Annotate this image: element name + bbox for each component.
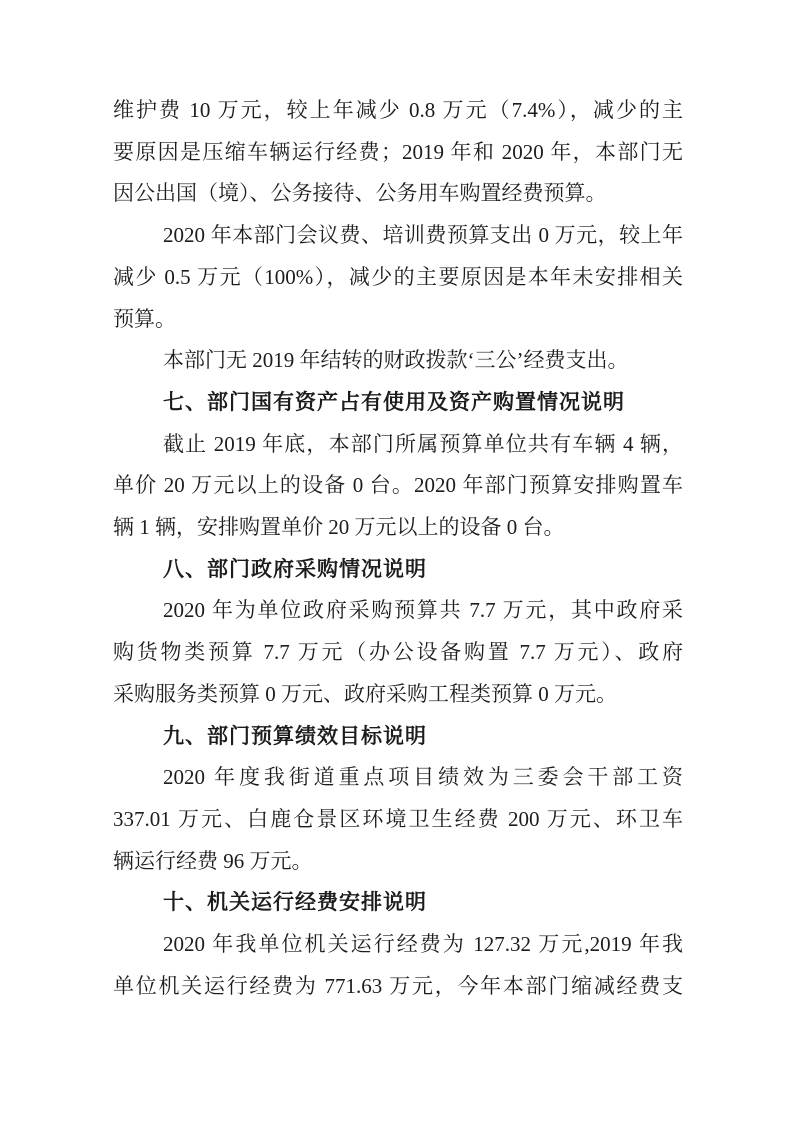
section-heading-7: 七、部门国有资产占有使用及资产购置情况说明: [113, 382, 683, 424]
text-line: 单价 20 万元以上的设备 0 台。2020 年部门预算安排购置车: [113, 465, 683, 507]
text-line: 单位机关运行经费为 771.63 万元，今年本部门缩减经费支: [113, 966, 683, 1008]
text-line: 预算。: [113, 299, 683, 341]
text-line: 辆 1 辆，安排购置单价 20 万元以上的设备 0 台。: [113, 507, 683, 549]
text-line: 要原因是压缩车辆运行经费；2019 年和 2020 年，本部门无: [113, 132, 683, 174]
section-heading-8: 八、部门政府采购情况说明: [113, 549, 683, 591]
text-line: 2020 年本部门会议费、培训费预算支出 0 万元，较上年: [113, 215, 683, 257]
text-line: 2020 年度我街道重点项目绩效为三委会干部工资: [113, 757, 683, 799]
text-line: 采购服务类预算 0 万元、政府采购工程类预算 0 万元。: [113, 674, 683, 716]
text-line: 辆运行经费 96 万元。: [113, 841, 683, 883]
document-page: 维护费 10 万元，较上年减少 0.8 万元（7.4%），减少的主 要原因是压缩…: [0, 0, 793, 1122]
text-line: 减少 0.5 万元（100%），减少的主要原因是本年未安排相关: [113, 257, 683, 299]
text-line: 因公出国（境）、公务接待、公务用车购置经费预算。: [113, 173, 683, 215]
text-line: 截止 2019 年底，本部门所属预算单位共有车辆 4 辆，: [113, 424, 683, 466]
text-line: 本部门无 2019 年结转的财政拨款‘三公’经费支出。: [113, 340, 683, 382]
text-line: 维护费 10 万元，较上年减少 0.8 万元（7.4%），减少的主: [113, 90, 683, 132]
text-line: 购货物类预算 7.7 万元（办公设备购置 7.7 万元）、政府: [113, 632, 683, 674]
section-heading-9: 九、部门预算绩效目标说明: [113, 716, 683, 758]
text-line: 2020 年为单位政府采购预算共 7.7 万元，其中政府采: [113, 590, 683, 632]
section-heading-10: 十、机关运行经费安排说明: [113, 882, 683, 924]
text-line: 337.01 万元、白鹿仓景区环境卫生经费 200 万元、环卫车: [113, 799, 683, 841]
text-line: 2020 年我单位机关运行经费为 127.32 万元,2019 年我: [113, 924, 683, 966]
